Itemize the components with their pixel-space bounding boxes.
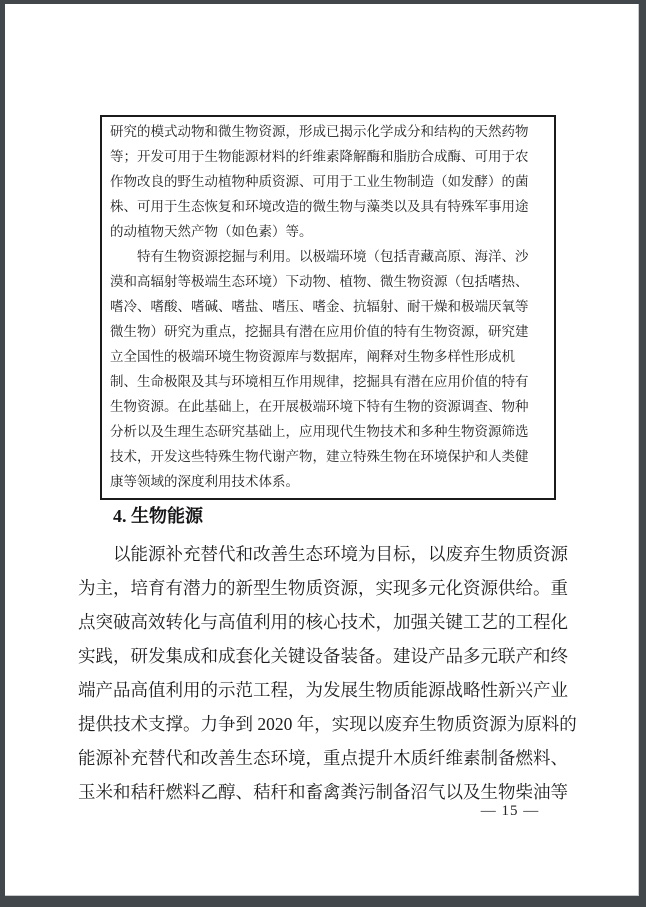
text-line: 株、可用于生态恢复和环境改造的微生物与藻类以及具有特殊军事用途 — [110, 194, 546, 219]
section-body: 以能源补充替代和改善生态环境为目标，以废弃生物质资源为主，培育有潜力的新型生物质… — [78, 537, 578, 809]
text-line: 以能源补充替代和改善生态环境为目标，以废弃生物质资源 — [78, 537, 578, 571]
boxed-text-section: 研究的模式动物和微生物资源，形成已揭示化学成分和结构的天然药物等；开发可用于生物… — [100, 115, 556, 500]
text-line: 作物改良的野生动植物种质资源、可用于工业生物制造（如发酵）的菌 — [110, 169, 546, 194]
text-line: 制、生命极限及其与环境相互作用规律，挖掘具有潜在应用价值的特有 — [110, 369, 546, 394]
text-line: 提供技术支撑。力争到 2020 年，实现以废弃生物质资源为原料的 — [78, 707, 578, 741]
text-line: 技术，开发这些特殊生物代谢产物，建立特殊生物在环境保护和人类健 — [110, 444, 546, 469]
text-line: 漠和高辐射等极端生态环境）下动物、植物、微生物资源（包括嗜热、 — [110, 269, 546, 294]
text-line: 能源补充替代和改善生态环境，重点提升木质纤维素制备燃料、 — [78, 741, 578, 775]
text-line: 点突破高效转化与高值利用的核心技术，加强关键工艺的工程化 — [78, 605, 578, 639]
document-viewer: { "document": { "boxed_section": { "line… — [0, 0, 646, 907]
text-line: 生物资源。在此基础上，在开展极端环境下特有生物的资源调查、物种 — [110, 394, 546, 419]
text-line: 立全国性的极端环境生物资源库与数据库，阐释对生物多样性形成机 — [110, 344, 546, 369]
document-page: 研究的模式动物和微生物资源，形成已揭示化学成分和结构的天然药物等；开发可用于生物… — [5, 4, 639, 896]
text-line: 端产品高值利用的示范工程，为发展生物质能源战略性新兴产业 — [78, 673, 578, 707]
text-line: 等；开发可用于生物能源材料的纤维素降解酶和脂肪合成酶、可用于农 — [110, 144, 546, 169]
text-line: 为主，培育有潜力的新型生物质资源，实现多元化资源供给。重 — [78, 571, 578, 605]
text-line: 研究的模式动物和微生物资源，形成已揭示化学成分和结构的天然药物 — [110, 119, 546, 144]
section-heading: 4. 生物能源 — [78, 504, 578, 528]
text-line: 微生物）研究为重点，挖掘具有潜在应用价值的特有生物资源，研究建 — [110, 319, 546, 344]
text-line: 的动植物天然产物（如色素）等。 — [110, 219, 546, 244]
page-number: — 15 — — [445, 803, 575, 820]
bioenergy-section: 4. 生物能源 以能源补充替代和改善生态环境为目标，以废弃生物质资源为主，培育有… — [78, 504, 578, 809]
text-line: 嗜冷、嗜酸、嗜碱、嗜盐、嗜压、嗜金、抗辐射、耐干燥和极端厌氧等 — [110, 294, 546, 319]
text-line: 康等领域的深度利用技术体系。 — [110, 469, 546, 494]
text-line: 特有生物资源挖掘与利用。以极端环境（包括青藏高原、海洋、沙 — [110, 244, 546, 269]
text-line: 分析以及生理生态研究基础上，应用现代生物技术和多种生物资源筛选 — [110, 419, 546, 444]
text-line: 实践，研发集成和成套化关键设备装备。建设产品多元联产和终 — [78, 639, 578, 673]
